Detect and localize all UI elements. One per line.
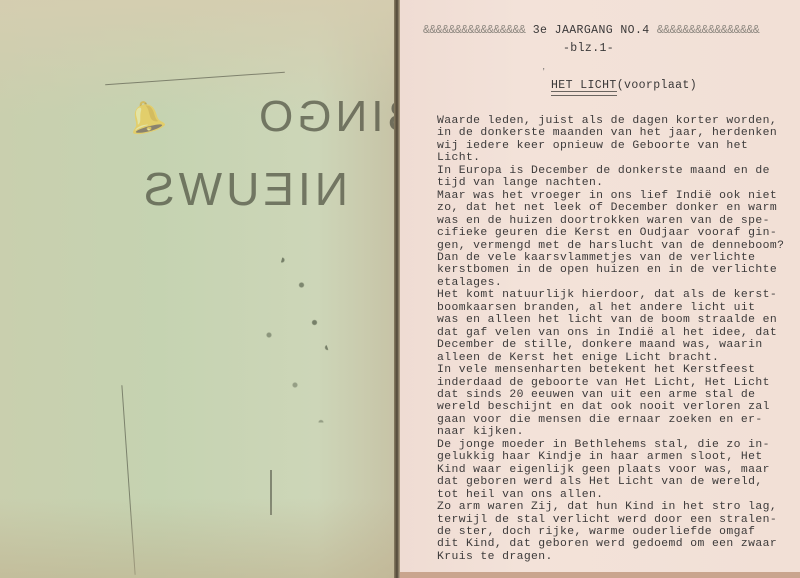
body-line: Het komt natuurlijk hierdoor, dat als de… <box>437 289 797 301</box>
body-line: was en alleen het licht van de boom stra… <box>437 314 797 326</box>
body-line: Maar was het vroeger in ons lief Indië o… <box>437 190 797 202</box>
article-body: Waarde leden, juist als de dagen korter … <box>437 115 797 563</box>
body-line: alleen de Kerst het enige Licht bracht. <box>437 352 797 364</box>
body-line: kerstbomen in de open huizen en in de ve… <box>437 264 797 276</box>
faded-rule-line <box>105 72 285 86</box>
body-line: gaan voor die mensen die ernaar zoeken e… <box>437 414 797 426</box>
body-line: boomkaarsen branden, al het andere licht… <box>437 302 797 314</box>
body-line: De jonge moeder in Bethlehems stal, die … <box>437 439 797 451</box>
body-line: naar kijken. <box>437 426 797 438</box>
page-number: -blz.1- <box>563 43 614 55</box>
body-line: dat geboren werd als Het Licht van de we… <box>437 476 797 488</box>
header-ornament-right: &&&&&&&&&&&&&&&& <box>657 24 759 37</box>
issue-header: &&&&&&&&&&&&&&&& 3e JAARGANG NO.4 &&&&&&… <box>423 25 793 37</box>
christmas-tree-illustration <box>230 235 360 485</box>
article-title: HET LICHT(voorplaat) <box>551 80 697 92</box>
bleed-through-title-line1: BINGO <box>255 92 417 142</box>
article-title-sub: (voorplaat) <box>617 79 697 92</box>
faded-vertical-line <box>121 385 135 575</box>
body-line: In Europa is December de donkerste maand… <box>437 165 797 177</box>
body-line: dat gaf velen van ons in Indië al het id… <box>437 327 797 339</box>
header-ornament-left: &&&&&&&&&&&&&&&& <box>423 24 525 37</box>
body-line: Kruis te dragen. <box>437 551 797 563</box>
body-line: Zo arm waren Zij, dat hun Kind in het st… <box>437 501 797 513</box>
booklet-spread: 🔔 BINGO NIEUWS &&&&&&&&&&&&&&&& 3e JAARG… <box>0 0 800 578</box>
body-line: Waarde leden, juist als de dagen korter … <box>437 115 797 127</box>
body-line: terwijl de stal verlicht werd door een s… <box>437 514 797 526</box>
article-title-main: HET LICHT <box>551 79 617 92</box>
body-line: tijd van lange nachten. <box>437 177 797 189</box>
issue-title: 3e JAARGANG NO.4 <box>533 24 650 37</box>
body-line: December de stille, donkere maand was, w… <box>437 339 797 351</box>
body-line: wereld beschijnt en dat ook nooit verlor… <box>437 401 797 413</box>
body-line: etalages. <box>437 277 797 289</box>
body-line: zo, dat het net leek of December donker … <box>437 202 797 214</box>
body-line: gelukkig haar Kindje in haar armen sloot… <box>437 451 797 463</box>
body-line: gen, vermengd met de harslucht van de de… <box>437 240 797 252</box>
bell-icon: 🔔 <box>124 96 170 141</box>
body-line: In vele mensenharten betekent het Kerstf… <box>437 364 797 376</box>
left-page: 🔔 BINGO NIEUWS <box>0 0 396 578</box>
bleed-through-title-line2: NIEUWS <box>140 162 348 216</box>
body-line: tot heil van ons allen. <box>437 489 797 501</box>
body-line: Licht. <box>437 152 797 164</box>
tick-mark: ʼ <box>541 68 546 78</box>
body-line: wij iedere keer opnieuw de Geboorte van … <box>437 140 797 152</box>
body-line: in de donkerste maanden van het jaar, he… <box>437 127 797 139</box>
body-line: dit Kind, dat geboren werd gedoemd om ee… <box>437 538 797 550</box>
body-line: inderdaad de geboorte van Het Licht, Het… <box>437 377 797 389</box>
body-line: dat sinds 20 eeuwen van uit een arme sta… <box>437 389 797 401</box>
body-line: was en de huizen doortrokken waren van d… <box>437 215 797 227</box>
body-line: Dan de vele kaarsvlammetjes van de verli… <box>437 252 797 264</box>
body-line: de ster, doch rijke, warme ouderliefde o… <box>437 526 797 538</box>
body-line: Kind waar eigenlijk geen plaats voor was… <box>437 464 797 476</box>
tree-trunk-mark <box>270 470 272 515</box>
body-line: cifieke geuren die Kerst en Oudjaar voor… <box>437 227 797 239</box>
